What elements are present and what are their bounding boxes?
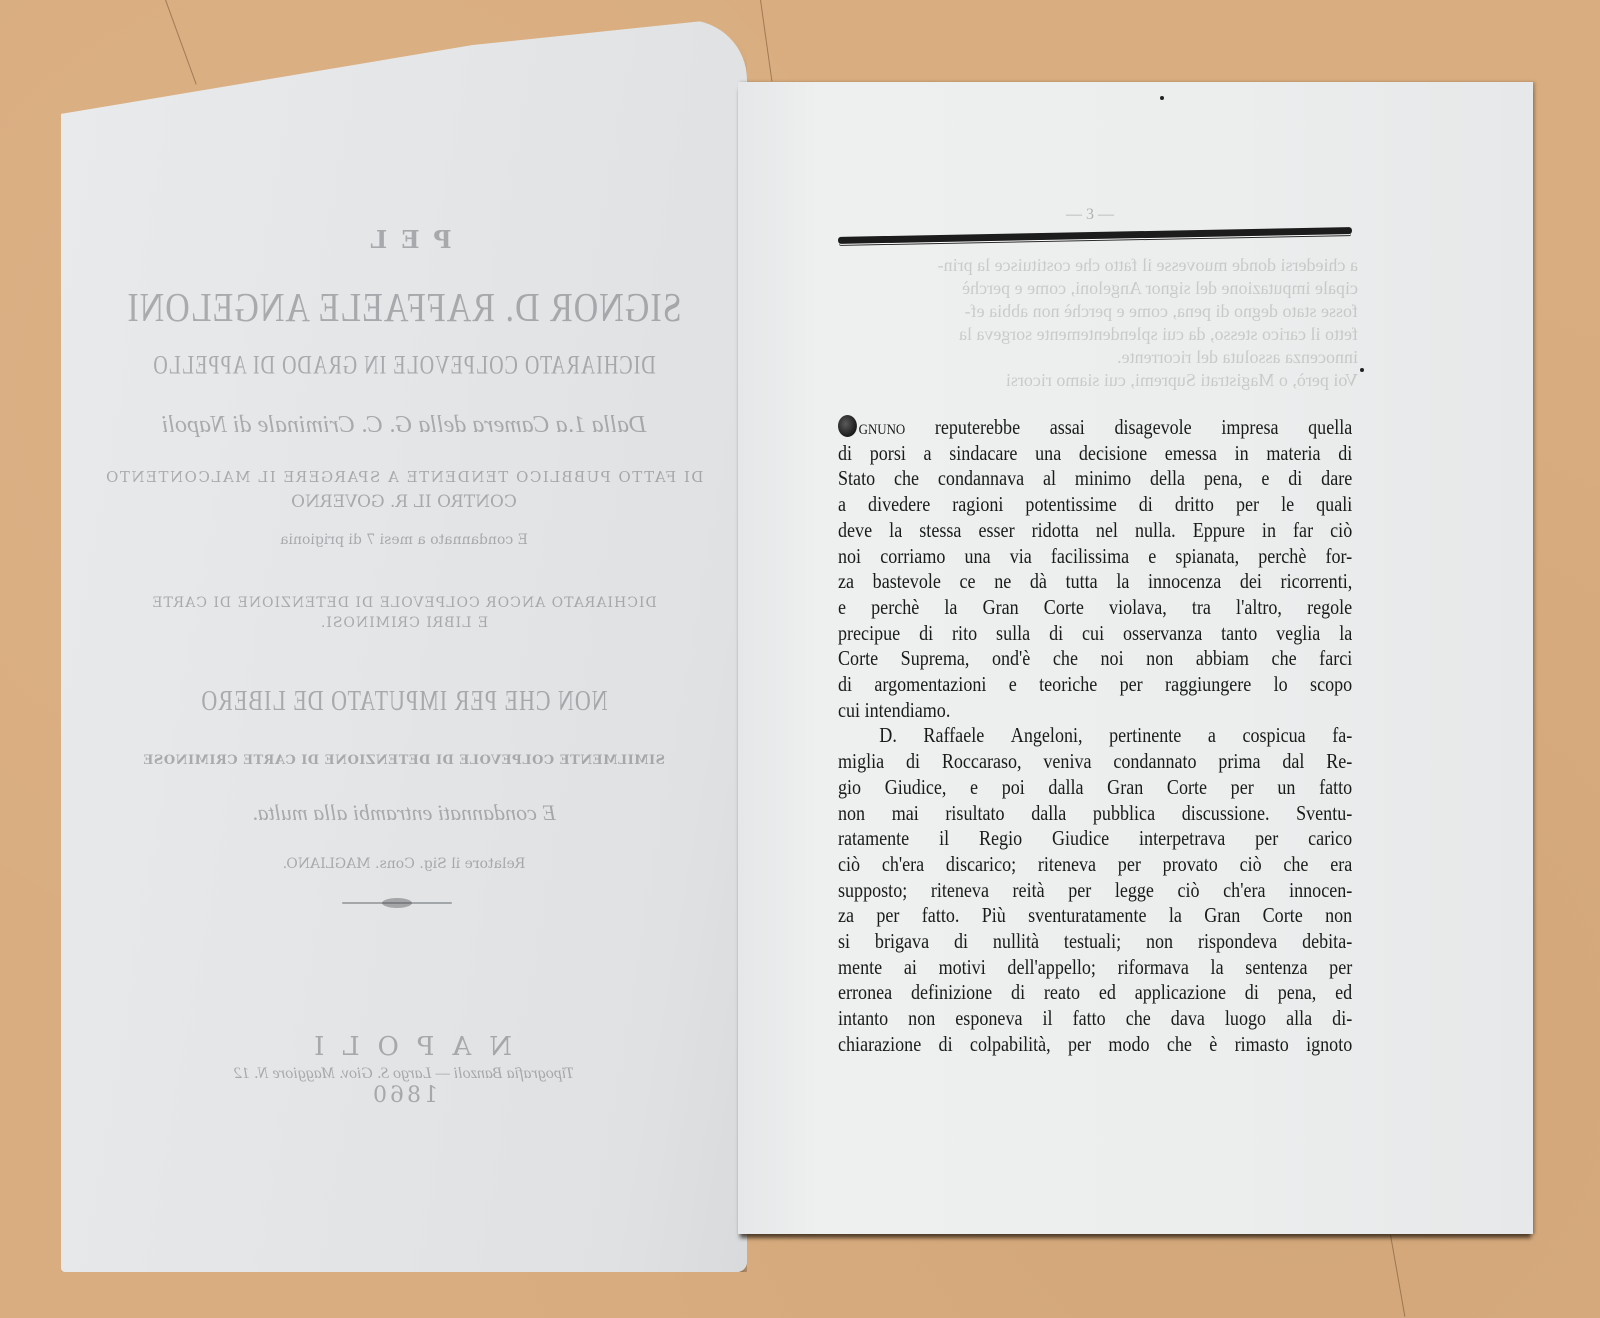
table-seam — [1390, 1235, 1405, 1317]
text-line: zabastevolecenedàtuttalainnocenzadeirico… — [838, 569, 1352, 595]
imprint-tipografia: Tipografia Banzoli — Largo S. Giov. Magg… — [61, 1065, 747, 1083]
title-dichiarato: DICHIARATO COLPEVOLE IN GRADO DI APPELLO — [61, 352, 747, 382]
showthrough-title-page: PEL SIGNOR D. RAFFAELE ANGELONI DICHIARA… — [61, 20, 747, 1272]
text-line: Statochecondannavaalminimodellapena,edid… — [838, 466, 1352, 492]
text-line: nonmairisultatodallapubblicadiscussione.… — [838, 801, 1352, 827]
text-line: diporsiasindacareunadecisioneemessainmat… — [838, 441, 1352, 467]
title-e-libri: E LIBRI CRIMINOSI. — [61, 615, 747, 631]
text-line: noicorriamounaviafacilissimaespianata,pe… — [838, 544, 1352, 570]
text-line: ciòch'eradiscarico;ritenevaperprovatociò… — [838, 852, 1352, 878]
title-dichiarato-ancor: DICHIARATO ANCOR COLPEVOLE DI DETENZIONE… — [61, 595, 747, 611]
title-condannati: E condannati entrambi alla multa. — [61, 800, 747, 826]
left-page-verso: PEL SIGNOR D. RAFFAELE ANGELONI DICHIARA… — [61, 20, 747, 1272]
text-line: sibrigavadinullitàtestuali;nonrispondeva… — [838, 929, 1352, 955]
ink-speck — [1160, 96, 1164, 100]
ornament-divider-icon — [342, 898, 452, 908]
table-seam — [165, 0, 197, 85]
body-text: gnunoreputerebbeassaidisagevoleimpresaqu… — [838, 415, 1280, 1058]
text-line: supposto;ritenevareitàperleggeciòch'erai… — [838, 878, 1352, 904]
text-line: zaperfatto.PiùsventuratamentelaGranCorte… — [838, 903, 1352, 929]
title-non-che: NON CHE PER IMPUTATO DE LIBERO — [61, 684, 747, 718]
title-dalla: Dalla 1.a Camera della G. C. Criminale d… — [61, 412, 747, 439]
text-line: CorteSuprema,ond'èchenoinonabbiamchefarc… — [838, 646, 1352, 672]
table-seam — [760, 0, 772, 81]
imprint-napoli: NAPOLI — [61, 1032, 747, 1062]
title-condannato: E condannato a mesi 7 di prigionia — [61, 532, 747, 548]
text-line: adivedereragionipotentissimedidrittoperl… — [838, 492, 1352, 518]
text-line: diargomentazionieteoricheperraggiungerel… — [838, 672, 1352, 698]
text-line: migliadiRoccaraso,venivacondannatoprimad… — [838, 749, 1352, 775]
title-pel: PEL — [61, 225, 747, 254]
text-line: intantononesponevailfattochedavaluogoall… — [838, 1006, 1352, 1032]
text-line: ratamenteilRegioGiudiceinterpetravaperca… — [838, 826, 1352, 852]
title-similmente: SIMILMENTE COLPEVOLE DI DETENZIONE DI CA… — [61, 753, 747, 768]
text-line: precipuediritosulladicuiosservanzatantov… — [838, 621, 1352, 647]
imprint-year: 1860 — [61, 1083, 747, 1108]
text-line: menteaimotividell'appello;riformavalasen… — [838, 955, 1352, 981]
text-line: develastessaesserridottanelnulla.Eppurei… — [838, 518, 1352, 544]
text-line: cui intendiamo. — [838, 698, 1352, 724]
header-rule — [838, 227, 1352, 244]
ink-speck — [1360, 368, 1364, 372]
title-signor: SIGNOR D. RAFFAELE ANGELONI — [61, 286, 747, 332]
showthrough-next-page: a chiedersi donde muovesse il fatto che … — [838, 254, 1358, 392]
right-page-recto: — 3 — a chiedersi donde muovesse il fatt… — [738, 82, 1533, 1234]
title-relatore: Relatore il Sig. Cons. MAGLIANO. — [61, 856, 747, 872]
title-contro: CONTRO IL R. GOVERNO — [61, 492, 747, 512]
title-di-fatto: DI FATTO PUBBLICO TENDENTE A SPARGERE IL… — [61, 468, 747, 486]
text-line: D.RaffaeleAngeloni,pertinenteacospicuafa… — [838, 723, 1352, 749]
text-line: gnunoreputerebbeassaidisagevoleimpresaqu… — [838, 415, 1352, 441]
text-line: eperchèlaGranCorteviolava,tral'altro,reg… — [838, 595, 1352, 621]
page-number: — 3 — — [1030, 206, 1150, 224]
drop-cap-o-icon — [838, 415, 857, 437]
text-line: chiarazionedicolpabilità,permodocheèrima… — [838, 1032, 1352, 1058]
text-line: erroneadefinizionedireatoedapplicazioned… — [838, 980, 1352, 1006]
text-line: gioGiudice,epoidallaGranCorteperunfatto — [838, 775, 1352, 801]
